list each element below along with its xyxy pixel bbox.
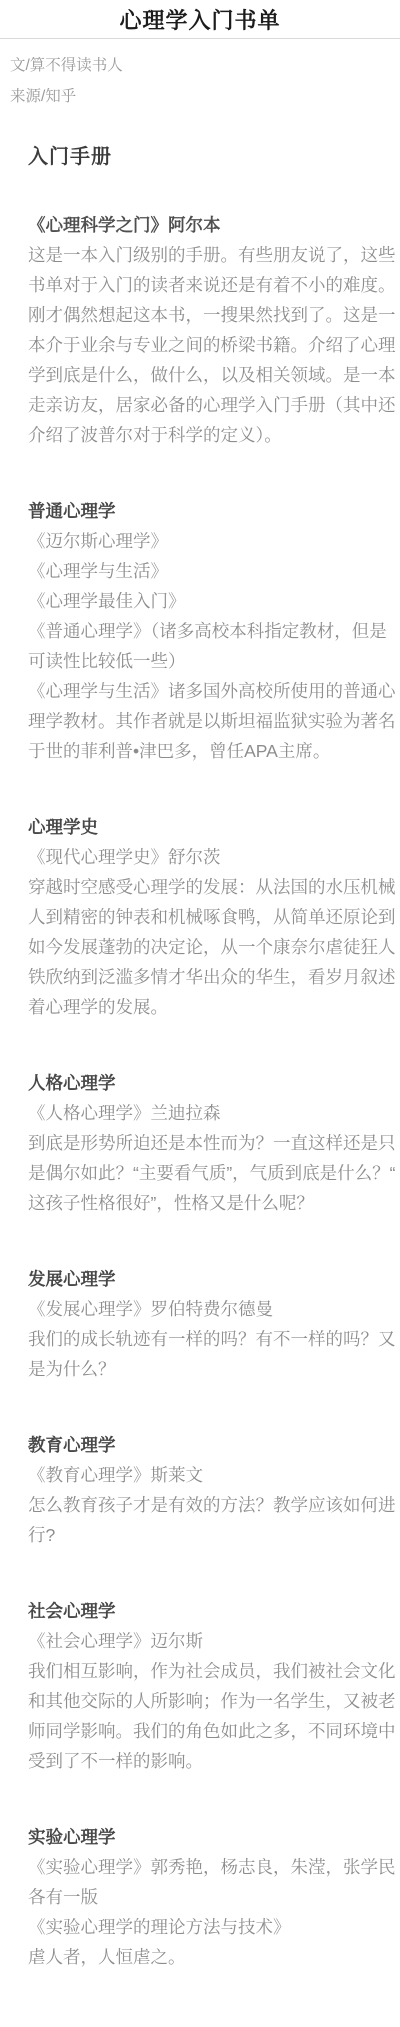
section-intro-handbook: 入门手册 《心理科学之门》阿尔本 这是一本入门级别的手册。有些朋友说了，这些书单… bbox=[28, 142, 396, 450]
book-description: 这是一本入门级别的手册。有些朋友说了，这些书单对于入门的读者来说还是有着不小的难… bbox=[28, 240, 396, 450]
book-title: 《心理科学之门》阿尔本 bbox=[28, 210, 396, 240]
section-heading: 普通心理学 bbox=[28, 496, 396, 526]
book-list-item: 《实验心理学的理论方法与技术》 bbox=[28, 1912, 396, 1942]
article-header: 心理学入门书单 bbox=[0, 0, 400, 39]
section-developmental-psychology: 发展心理学 《发展心理学》罗伯特费尔德曼 我们的成长轨迹有一样的吗？有不一样的吗… bbox=[28, 1264, 396, 1384]
book-description: 到底是形势所迫还是本性而为？一直这样还是只是偶尔如此？“主要看气质”，气质到底是… bbox=[28, 1128, 396, 1218]
book-list-item: 《社会心理学》迈尔斯 bbox=[28, 1626, 396, 1656]
book-description: 我们的成长轨迹有一样的吗？有不一样的吗？又是为什么？ bbox=[28, 1324, 396, 1384]
source-line: 来源/知乎 bbox=[10, 81, 390, 112]
book-description: 穿越时空感受心理学的发展：从法国的水压机械人到精密的钟表和机械啄食鸭，从简单还原… bbox=[28, 872, 396, 1022]
section-psychology-history: 心理学史 《现代心理学史》舒尔茨 穿越时空感受心理学的发展：从法国的水压机械人到… bbox=[28, 812, 396, 1022]
section-personality-psychology: 人格心理学 《人格心理学》兰迪拉森 到底是形势所迫还是本性而为？一直这样还是只是… bbox=[28, 1068, 396, 1218]
section-heading: 社会心理学 bbox=[28, 1596, 396, 1626]
section-heading: 心理学史 bbox=[28, 812, 396, 842]
section-general-psychology: 普通心理学 《迈尔斯心理学》 《心理学与生活》 《心理学最佳入门》 《普通心理学… bbox=[28, 496, 396, 766]
book-list-item: 《发展心理学》罗伯特费尔德曼 bbox=[28, 1294, 396, 1324]
section-heading: 入门手册 bbox=[28, 142, 396, 172]
book-list-item: 《心理学与生活》 bbox=[28, 556, 396, 586]
book-description: 《心理学与生活》诸多国外高校所使用的普通心理学教材。其作者就是以斯坦福监狱实验为… bbox=[28, 676, 396, 766]
book-description: 我们相互影响，作为社会成员，我们被社会文化和其他交际的人所影响；作为一名学生，又… bbox=[28, 1656, 396, 1776]
article-page: 心理学入门书单 文/算不得读书人 来源/知乎 入门手册 《心理科学之门》阿尔本 … bbox=[0, 0, 400, 2027]
book-description: 怎么教育孩子才是有效的方法？教学应该如何进行? bbox=[28, 1490, 396, 1550]
book-list-item: 《人格心理学》兰迪拉森 bbox=[28, 1098, 396, 1128]
book-list-item: 《实验心理学》郭秀艳，杨志良，朱滢，张学民各有一版 bbox=[28, 1852, 396, 1912]
author-line: 文/算不得读书人 bbox=[10, 50, 390, 81]
section-heading: 发展心理学 bbox=[28, 1264, 396, 1294]
section-educational-psychology: 教育心理学 《教育心理学》斯莱文 怎么教育孩子才是有效的方法？教学应该如何进行? bbox=[28, 1430, 396, 1550]
section-social-psychology: 社会心理学 《社会心理学》迈尔斯 我们相互影响，作为社会成员，我们被社会文化和其… bbox=[28, 1596, 396, 1776]
book-list-item: 《教育心理学》斯莱文 bbox=[28, 1460, 396, 1490]
page-title: 心理学入门书单 bbox=[6, 8, 394, 34]
byline-block: 文/算不得读书人 来源/知乎 bbox=[0, 39, 400, 112]
closing-remark: 虐人者，人恒虐之。 bbox=[28, 1942, 396, 1972]
section-heading: 教育心理学 bbox=[28, 1430, 396, 1460]
book-list-item: 《心理学最佳入门》 bbox=[28, 586, 396, 616]
book-list-item: 《现代心理学史》舒尔茨 bbox=[28, 842, 396, 872]
section-experimental-psychology: 实验心理学 《实验心理学》郭秀艳，杨志良，朱滢，张学民各有一版 《实验心理学的理… bbox=[28, 1822, 396, 1972]
book-note: 《普通心理学》（诸多高校本科指定教材，但是可读性比较低一些） bbox=[28, 616, 396, 676]
book-list-item: 《迈尔斯心理学》 bbox=[28, 526, 396, 556]
article-content: 入门手册 《心理科学之门》阿尔本 这是一本入门级别的手册。有些朋友说了，这些书单… bbox=[0, 142, 400, 1972]
section-heading: 实验心理学 bbox=[28, 1822, 396, 1852]
section-heading: 人格心理学 bbox=[28, 1068, 396, 1098]
